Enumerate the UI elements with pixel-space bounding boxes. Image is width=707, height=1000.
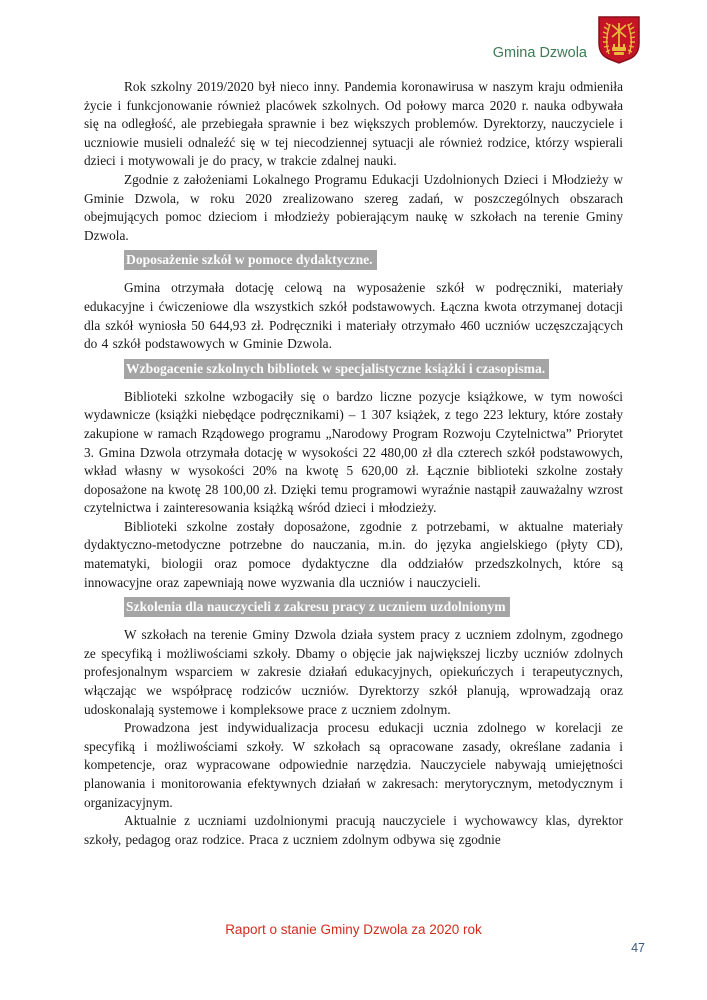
body-paragraph: Gmina otrzymała dotację celową na wyposa…: [84, 279, 623, 353]
footer-report-title: Raport o stanie Gminy Dzwola za 2020 rok: [84, 922, 623, 937]
section-heading: Doposażenie szkół w pomoce dydaktyczne.: [124, 250, 623, 270]
body-paragraph: Zgodnie z założeniami Lokalnego Programu…: [84, 171, 623, 245]
body-paragraph: W szkołach na terenie Gminy Dzwola dział…: [84, 626, 623, 719]
page-number: 47: [631, 941, 645, 955]
municipality-name: Gmina Dzwola: [493, 45, 587, 61]
document-page: Gmina Dzwola: [0, 0, 707, 1000]
body-paragraph: Biblioteki szkolne zostały doposażone, z…: [84, 518, 623, 592]
body-paragraph: Aktualnie z uczniami uzdolnionymi pracuj…: [84, 812, 623, 849]
municipality-crest-icon: [597, 16, 641, 64]
body-paragraph: Rok szkolny 2019/2020 był nieco inny. Pa…: [84, 78, 623, 171]
section-heading: Szkolenia dla nauczycieli z zakresu prac…: [124, 597, 623, 617]
section-heading-label: Szkolenia dla nauczycieli z zakresu prac…: [124, 597, 510, 617]
body-paragraph: Biblioteki szkolne wzbogaciły się o bard…: [84, 388, 623, 518]
page-header: Gmina Dzwola: [493, 16, 641, 64]
section-heading: Wzbogacenie szkolnych bibliotek w specja…: [124, 359, 623, 379]
body-paragraph: Prowadzona jest indywidualizacja procesu…: [84, 719, 623, 812]
document-body: Rok szkolny 2019/2020 był nieco inny. Pa…: [84, 78, 623, 849]
section-heading-label: Wzbogacenie szkolnych bibliotek w specja…: [124, 359, 549, 379]
section-heading-label: Doposażenie szkół w pomoce dydaktyczne.: [124, 250, 377, 270]
